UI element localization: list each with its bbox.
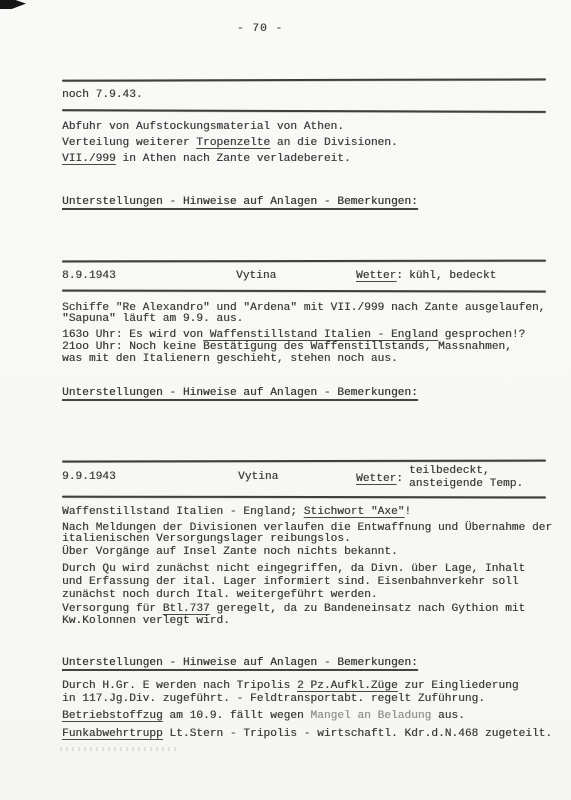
- text-segment: :: [396, 270, 403, 282]
- underlined-term: 2 Pz.Aufkl.Züge: [297, 680, 398, 692]
- weather-label: Wetter:: [356, 270, 403, 283]
- text-segment: 21oo Uhr: Noch keine: [62, 341, 203, 353]
- text-segment: an die Divisionen.: [270, 137, 398, 149]
- diary-line: und Erfassung der ital. Lager informiert…: [62, 576, 519, 589]
- underlined-term: Betriebstoffzug: [62, 710, 163, 722]
- weather-value: teilbedeckt,: [409, 465, 490, 478]
- diary-line: VII./999 in Athen nach Zante verladebere…: [62, 153, 351, 166]
- underlined-term: Funkabwehrtrupp: [62, 728, 163, 740]
- text-segment: Versorgung für: [62, 603, 163, 615]
- diary-line: Durch Qu wird zunächst nicht eingegriffe…: [62, 563, 525, 576]
- diary-line: "Sapuna" läuft am 9.9. aus.: [62, 313, 243, 326]
- divider-rule: [62, 496, 546, 499]
- divider-rule: [62, 109, 546, 113]
- text-segment: Verteilung weiterer: [62, 137, 196, 149]
- entry-date: 8.9.1943: [62, 270, 116, 283]
- overtyped-term: Bestätigung des Waffenstillstands: [203, 340, 425, 353]
- weather-value: ansteigende Temp.: [409, 478, 523, 491]
- text-segment: 163o Uhr: Es wird von: [62, 329, 210, 341]
- section-heading: Unterstellungen - Hinweise auf Anlagen -…: [62, 657, 418, 670]
- diary-line: Waffenstillstand Italien - England; Stic…: [62, 506, 411, 519]
- diary-line: in 117.Jg.Div. zugeführt. - Feldtranspor…: [62, 693, 485, 706]
- diary-line: Funkabwehrtrupp Lt.Stern - Tripolis - wi…: [62, 728, 552, 741]
- diary-line: italienischen Versorgungslager reibungsl…: [62, 533, 351, 546]
- entry-location: Vytina: [238, 471, 278, 484]
- divider-rule: [62, 459, 546, 462]
- carryover-date: noch 7.9.43.: [62, 89, 143, 102]
- scanned-war-diary-page: - 70 - noch 7.9.43. Abfuhr von Aufstocku…: [0, 0, 571, 800]
- text-segment: , Massnahmen,: [425, 341, 512, 353]
- diary-line: Abfuhr von Aufstockungsmaterial von Athe…: [62, 121, 344, 134]
- diary-line: Über Vorgänge auf Insel Zante noch nicht…: [62, 546, 398, 559]
- faded-text-segment: Mangel an Beladung: [310, 710, 431, 722]
- underlined-term: Btl.737: [163, 603, 210, 615]
- weather-value: kühl, bedeckt: [409, 270, 496, 283]
- underlined-term: Stichwort "Axe": [304, 506, 405, 518]
- entry-date: 9.9.1943: [62, 471, 116, 484]
- text-segment: gesprochen!?: [438, 329, 525, 341]
- page-number: - 70 -: [205, 23, 315, 36]
- text-segment: am 10.9. fällt wegen: [163, 710, 311, 722]
- diary-line: Durch H.Gr. E werden nach Tripolis 2 Pz.…: [62, 680, 519, 693]
- underlined-term: VII./999: [62, 153, 116, 165]
- text-segment: Lt.Stern - Tripolis - wirtschaftl. Kdr.d…: [163, 728, 552, 740]
- text-segment: !: [404, 506, 411, 518]
- diary-line: was mit den Italienern geschieht, stehen…: [62, 353, 398, 366]
- underlined-term: Wetter: [356, 473, 396, 485]
- text-segment: :: [396, 473, 403, 485]
- divider-rule: [62, 289, 546, 292]
- diary-line: zunächst noch durch Ital. weitergeführt …: [62, 589, 378, 602]
- divider-rule: [62, 260, 546, 263]
- text-segment: aus.: [431, 710, 465, 722]
- diary-line: Betriebstoffzug am 10.9. fällt wegen Man…: [62, 710, 465, 723]
- divider-rule: [62, 78, 546, 81]
- scan-corner-artifact: [0, 0, 26, 9]
- diary-line: Verteilung weiterer Tropenzelte an die D…: [62, 137, 398, 150]
- diary-line: Kw.Kolonnen verlegt wird.: [62, 615, 230, 628]
- underlined-term: Wetter: [356, 270, 396, 282]
- text-segment: geregelt, da zu Bandeneinsatz nach Gythi…: [210, 603, 526, 615]
- text-segment: Durch H.Gr. E werden nach Tripolis: [62, 680, 297, 692]
- weather-label: Wetter:: [356, 473, 403, 486]
- scan-smudge-artifact: [60, 747, 180, 751]
- section-heading: Unterstellungen - Hinweise auf Anlagen -…: [62, 387, 418, 400]
- underlined-term: Tropenzelte: [196, 137, 270, 149]
- text-segment: in Athen nach Zante verladebereit.: [116, 153, 351, 165]
- text-segment: zur Eingliederung: [398, 680, 519, 692]
- text-segment: Waffenstillstand Italien - England;: [62, 506, 304, 518]
- section-heading: Unterstellungen - Hinweise auf Anlagen -…: [62, 196, 418, 209]
- entry-location: Vytina: [236, 270, 276, 283]
